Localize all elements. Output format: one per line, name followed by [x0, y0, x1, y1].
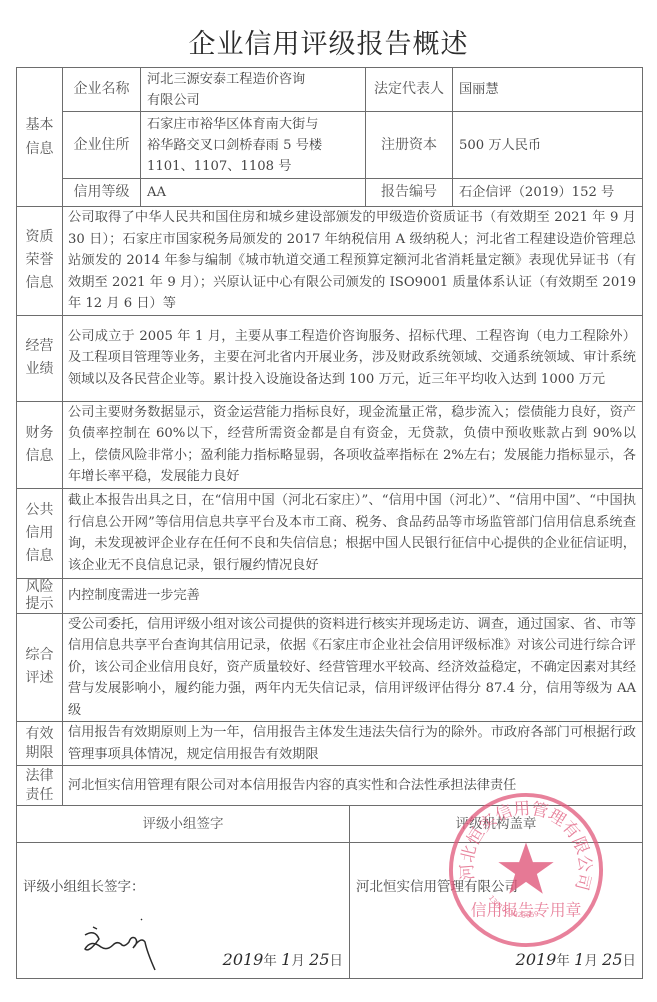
section-label-risk: 风险提示 [17, 578, 63, 613]
address-value: 石家庄市裕华区体育南大街与裕华路交叉口剑桥春雨 5 号楼1101、1107、11… [141, 112, 366, 179]
section-label-performance: 经营业绩 [17, 315, 63, 401]
label-line: 风险 [19, 579, 60, 596]
label-line: 法律 [19, 767, 60, 786]
date-day-suffix: 日 [330, 953, 344, 969]
label-line: 业绩 [19, 358, 60, 381]
section-label-legal: 法律责任 [17, 766, 63, 806]
row-qualification: 资质荣誉信息 公司取得了中华人民共和国住房和城乡建设部颁发的甲级造价资质证书（有… [17, 207, 643, 316]
address-line: 1101、1107、1108 号 [147, 156, 359, 177]
public-credit-text: 截止本报告出具之日，在“信用中国（河北石家庄）”、“信用中国（河北）”、“信用中… [63, 488, 643, 578]
team-signature-date: 2019年 1月 25日 [223, 949, 343, 972]
label-line: 信息 [19, 445, 60, 468]
date-year-suffix: 年 [263, 953, 277, 969]
company-name-value: 河北三源安泰工程造价咨询有限公司 [141, 68, 366, 112]
row-risk: 风险提示 内控制度需进一步完善 [17, 578, 643, 613]
leader-signature-label: 评级小组组长签字： [23, 877, 145, 898]
label-line: 信息 [19, 545, 60, 568]
report-table: 基本信息 企业名称 河北三源安泰工程造价咨询有限公司 法定代表人 国丽慧 企业住… [16, 67, 643, 806]
date-month: 1 [574, 950, 584, 969]
date-year: 2019 [223, 950, 264, 969]
signature-body-row: 评级小组组长签字： 2019年 1月 25日 河北恒实信用管理有限公司 河北恒实… [17, 843, 643, 979]
legal-rep-label: 法定代表人 [366, 68, 453, 112]
validity-text: 信用报告有效期原则上为一年，信用报告主体发生违法失信行为的除外。市政府各部门可根… [63, 722, 643, 766]
company-name-line: 河北三源安泰工程造价咨询 [147, 69, 359, 90]
capital-value: 500 万人民币 [453, 112, 643, 179]
finance-text: 公司主要财务数据显示，资金运营能力指标良好，现金流量正常，稳步流入；偿债能力良好… [63, 401, 643, 488]
date-month-suffix: 月 [291, 953, 305, 969]
team-signature-cell: 评级小组组长签字： 2019年 1月 25日 [17, 843, 350, 979]
date-month: 1 [281, 950, 291, 969]
label-line: 提示 [19, 596, 60, 613]
label-line: 信息 [19, 272, 60, 295]
report-table-container: 基本信息 企业名称 河北三源安泰工程造价咨询有限公司 法定代表人 国丽慧 企业住… [16, 67, 642, 979]
risk-text: 内控制度需进一步完善 [63, 578, 643, 613]
org-stamp-date: 2019年 1月 25日 [516, 949, 636, 972]
handwritten-signature-icon [77, 913, 187, 973]
row-performance: 经营业绩 公司成立于 2005 年 1 月，主要从事工程造价咨询服务、招标代理、… [17, 315, 643, 401]
org-stamp-cell: 河北恒实信用管理有限公司 河北恒实信用管理有限公司 信用报告专用章 130102… [350, 843, 643, 979]
date-year-suffix: 年 [556, 953, 570, 969]
label-line: 责任 [19, 786, 60, 805]
credit-grade-value: AA [141, 179, 366, 207]
label-line: 综合 [19, 644, 60, 667]
address-label: 企业住所 [63, 112, 141, 179]
qualification-text: 公司取得了中华人民共和国住房和城乡建设部颁发的甲级造价资质证书（有效期至 202… [63, 207, 643, 316]
performance-text: 公司成立于 2005 年 1 月，主要从事工程造价咨询服务、招标代理、工程咨询（… [63, 315, 643, 401]
report-no-value: 石企信评（2019）152 号 [453, 179, 643, 207]
label-line: 财务 [19, 422, 60, 445]
section-label-public-credit: 公共信用信息 [17, 488, 63, 578]
date-year: 2019 [516, 950, 557, 969]
date-month-suffix: 月 [584, 953, 598, 969]
label-line: 公共 [19, 499, 60, 522]
company-name-line: 有限公司 [147, 90, 359, 111]
row-address: 企业住所 石家庄市裕华区体育南大街与裕华路交叉口剑桥春雨 5 号楼1101、11… [17, 112, 643, 179]
label-line: 信用 [19, 522, 60, 545]
label-line: 荣誉 [19, 249, 60, 272]
credit-grade-label: 信用等级 [63, 179, 141, 207]
basic-label-text: 基本信息 [25, 113, 55, 161]
row-public-credit: 公共信用信息 截止本报告出具之日，在“信用中国（河北石家庄）”、“信用中国（河北… [17, 488, 643, 578]
company-name-label: 企业名称 [63, 68, 141, 112]
date-day-suffix: 日 [623, 953, 637, 969]
address-line: 裕华路交叉口剑桥春雨 5 号楼 [147, 135, 359, 156]
report-no-label: 报告编号 [366, 179, 453, 207]
row-finance: 财务信息 公司主要财务数据显示，资金运营能力指标良好，现金流量正常，稳步流入；偿… [17, 401, 643, 488]
section-label-basic: 基本信息 [17, 68, 63, 207]
signature-table: 评级小组签字 评级机构盖章 评级小组组长签字： 2019年 1月 25日 河北恒… [16, 805, 643, 979]
team-signature-header: 评级小组签字 [17, 806, 350, 843]
section-label-finance: 财务信息 [17, 401, 63, 488]
row-summary: 综合评述 受公司委托，信用评级小组对该公司提供的资料进行核实并现场走访、调查，通… [17, 613, 643, 722]
report-title: 企业信用评级报告概述 [0, 22, 657, 61]
section-label-summary: 综合评述 [17, 613, 63, 722]
label-line: 经营 [19, 335, 60, 358]
section-label-qualification: 资质荣誉信息 [17, 207, 63, 316]
label-line: 有效 [19, 725, 60, 744]
label-line: 期限 [19, 744, 60, 763]
address-line: 石家庄市裕华区体育南大街与 [147, 114, 359, 135]
capital-label: 注册资本 [366, 112, 453, 179]
date-day: 25 [309, 950, 329, 969]
summary-text: 受公司委托，信用评级小组对该公司提供的资料进行核实并现场走访、调查，通过国家、省… [63, 613, 643, 722]
row-credit-grade: 信用等级 AA 报告编号 石企信评（2019）152 号 [17, 179, 643, 207]
label-line: 评述 [19, 667, 60, 690]
row-company-name: 基本信息 企业名称 河北三源安泰工程造价咨询有限公司 法定代表人 国丽慧 [17, 68, 643, 112]
label-line: 资质 [19, 226, 60, 249]
date-day: 25 [602, 950, 622, 969]
section-label-validity: 有效期限 [17, 722, 63, 766]
row-validity: 有效期限 信用报告有效期原则上为一年，信用报告主体发生违法失信行为的除外。市政府… [17, 722, 643, 766]
legal-rep-value: 国丽慧 [453, 68, 643, 112]
official-stamp-icon: 河北恒实信用管理有限公司 信用报告专用章 1301021923659 [447, 791, 605, 949]
